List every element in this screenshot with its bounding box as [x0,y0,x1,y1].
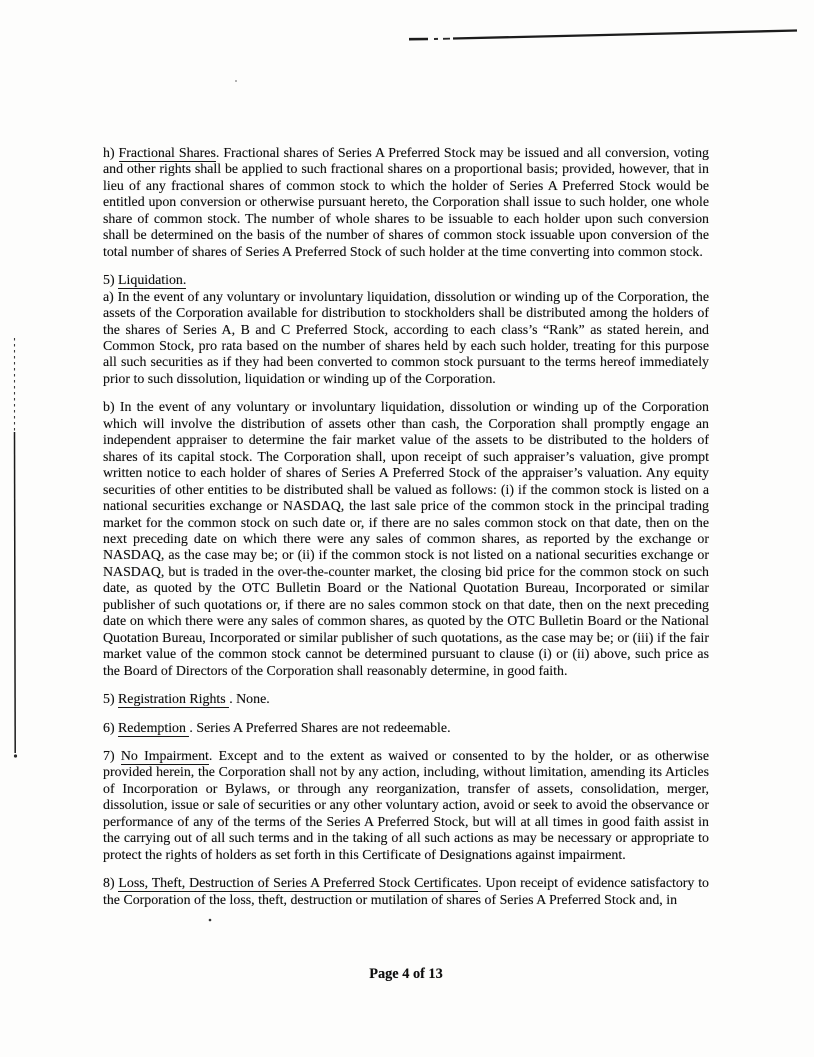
document-body: h) Fractional Shares. Fractional shares … [103,146,709,921]
page-number: Page 4 of 13 [103,966,709,983]
para-prefix: 5) [103,692,118,707]
para-prefix: 5) [103,273,118,288]
para-heading-underlined: Registration Rights [118,692,229,708]
para-text: None. [236,692,270,707]
para-separator: . [209,749,219,764]
para-text: Except and to the extent as waived or co… [103,749,709,863]
para-heading-underlined: Loss, Theft, Destruction of Series A Pre… [118,876,478,892]
para-text: a) In the event of any voluntary or invo… [103,290,709,387]
top-line-icon [453,31,797,39]
para-text: b) In the event of any voluntary or invo… [103,400,709,678]
scan-speck [235,80,237,82]
para-text: Fractional shares of Series A Preferred … [103,146,709,260]
para-heading-underlined: Redemption [118,721,189,737]
para-prefix: 7) [103,749,121,764]
para-loss-theft: 8) Loss, Theft, Destruction of Series A … [103,876,709,909]
para-fractional-shares: h) Fractional Shares. Fractional shares … [103,146,709,261]
para-no-impairment: 7) No Impairment. Except and to the exte… [103,749,709,864]
para-heading-underlined: Fractional Shares [119,146,216,162]
para-liquidation-b: b) In the event of any voluntary or invo… [103,400,709,680]
para-liquidation-a: a) In the event of any voluntary or invo… [103,290,709,389]
para-prefix: 6) [103,721,118,736]
left-fold-line-end-dot [14,754,17,757]
para-redemption: 6) Redemption . Series A Preferred Share… [103,721,709,737]
para-heading-underlined: Liquidation. [118,273,186,289]
para-prefix: 8) [103,876,118,891]
para-registration-rights: 5) Registration Rights . None. [103,692,709,708]
para-text: Series A Preferred Shares are not redeem… [196,721,450,736]
para-heading-underlined: No Impairment [121,749,209,765]
para-prefix: h) [103,146,119,161]
left-fold-line [15,432,16,753]
para-liquidation-heading: 5) Liquidation. [103,273,709,289]
